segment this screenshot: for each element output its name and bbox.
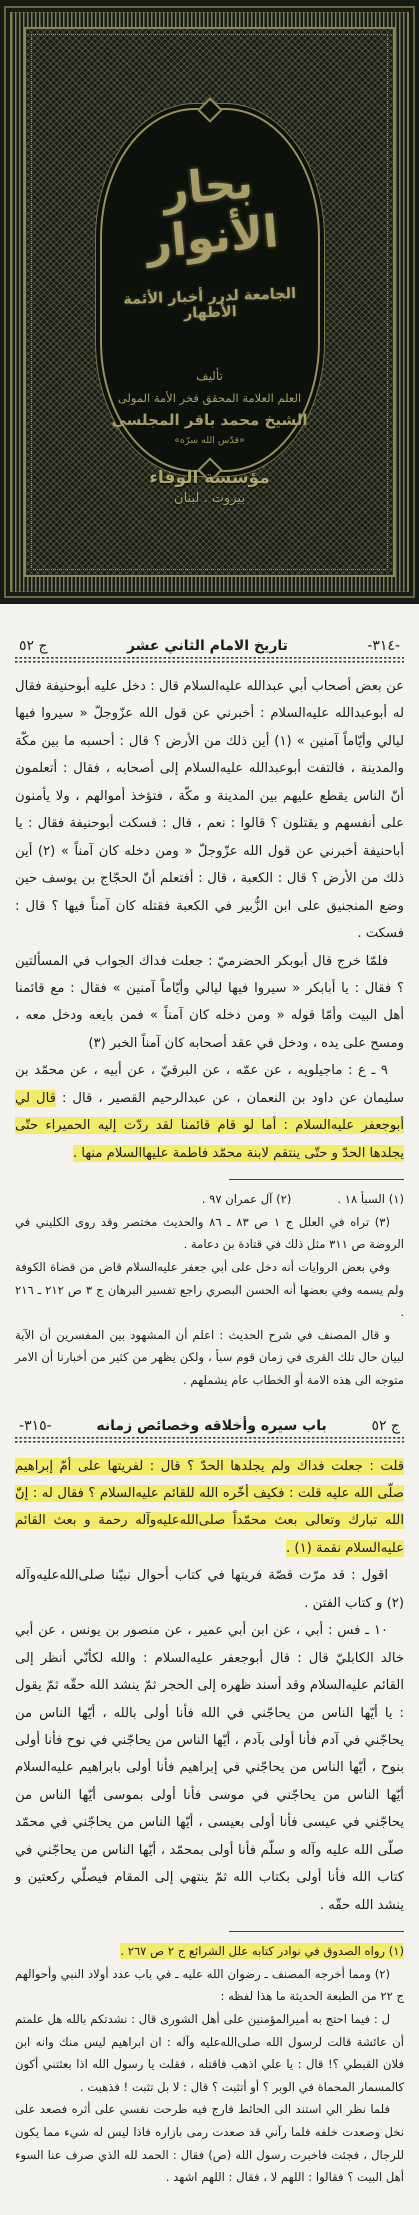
highlighted-text: قلت : جعلت فداك ولم يجلدها الحدّ ؟ قال :… [15, 1458, 404, 1557]
paragraph: اقول : قد مرّت قصّة فريتها في كتاب أحوال… [15, 1562, 404, 1617]
footnote-row: (١) السبأ ١٨ . (٢) آل عمران ٩٧ . [15, 1188, 404, 1211]
paragraph: ١٠ ـ فس : أبي ، عن ابن أبي عمير ، عن منص… [15, 1617, 404, 1919]
footnote: (٢) آل عمران ٩٧ . [202, 1188, 292, 1211]
footnote-text: ل : فيما احتج به أميرالمؤمنين على أهل ال… [15, 2012, 404, 2094]
author-honorific: «قدّس الله سرّه» [102, 435, 318, 446]
paragraph: قلت : جعلت فداك ولم يجلدها الحدّ ؟ قال :… [15, 1453, 404, 1563]
scanned-pages: ج ٥٢ تاريخ الامام الثاني عشر -٣١٤- عن بع… [0, 604, 419, 2215]
header-rule [15, 1437, 404, 1443]
paragraph-text: اقول : قد مرّت قصّة فريتها في كتاب أحوال… [15, 1568, 404, 1610]
volume-label: ج ٥٢ [19, 638, 48, 654]
page-number: -٣١٥- [19, 1418, 52, 1434]
cover-center-panel: بحار الأنوار الجامعة لدرر أخبار الأئمة ا… [100, 108, 320, 472]
footnote: فلما نظر الي استند الى الحائط فارج فيه ط… [15, 2098, 404, 2188]
page-315: -٣١٥- باب سيره وأخلاقه وخصائص زمانه ج ٥٢… [0, 1392, 419, 2215]
footnote: (١) رواه الصدوق في نوادر كتابه علل الشرا… [15, 1940, 404, 1963]
footnote-text: (٣) تراه في العلل ج ١ ص ٨٣ ـ ٨٦ والحديث … [15, 1215, 404, 1252]
publisher-city: بيروت . لبنان [0, 491, 419, 506]
page-number: -٣١٤- [367, 638, 400, 654]
byline-label: تأليف [102, 369, 318, 383]
page-314-body: عن بعض أصحاب أبي عبدالله عليه‌السلام قال… [15, 673, 404, 1167]
footnote-text: فلما نظر الي استند الى الحائط فارج فيه ط… [15, 2102, 404, 2184]
footnote-separator [229, 1931, 404, 1932]
paragraph: ٩ ـ ع : ماجيلويه ، عن عمّه ، عن البرقيّ … [15, 1057, 404, 1167]
paragraph: فلمّا خرج قال أبوبكر الحضرميّ : جعلت فدا… [15, 948, 404, 1058]
footnote-text: (٢) ومما أخرجه المصنف ـ رضوان الله عليه … [15, 1967, 404, 2004]
paragraph-text: عن بعض أصحاب أبي عبدالله عليه‌السلام قال… [15, 679, 404, 941]
page-315-header: -٣١٥- باب سيره وأخلاقه وخصائص زمانه ج ٥٢ [15, 1418, 404, 1436]
page-314-header: ج ٥٢ تاريخ الامام الثاني عشر -٣١٤- [15, 638, 404, 656]
paragraph-text: فلمّا خرج قال أبوبكر الحضرميّ : جعلت فدا… [15, 954, 404, 1051]
paragraph: عن بعض أصحاب أبي عبدالله عليه‌السلام قال… [15, 673, 404, 948]
publisher-name: مؤسسة الوفاء [0, 468, 419, 488]
footnote: وفي بعض الروايات أنه دخل على أبي جعفر عل… [15, 1256, 404, 1324]
book-subtitle: الجامعة لدرر أخبار الأئمة الأطهار [101, 285, 318, 325]
footnote: و قال المصنف في شرح الحديث : اعلم أن الم… [15, 1324, 404, 1392]
author-titles: العلم العلامة المحقق فخر الأمة المولى [102, 391, 318, 405]
page-315-footnotes: (١) رواه الصدوق في نوادر كتابه علل الشرا… [15, 1940, 404, 2189]
publisher-block: مؤسسة الوفاء بيروت . لبنان [0, 468, 419, 506]
volume-label: ج ٥٢ [371, 1418, 400, 1434]
book-title: بحار الأنوار [98, 153, 322, 273]
paragraph-text: ٩ ـ ع : ماجيلويه ، عن عمّه ، عن البرقيّ … [15, 1063, 404, 1105]
chapter-title: تاريخ الامام الثاني عشر [127, 638, 288, 654]
header-rule [15, 657, 404, 663]
paragraph-text: ١٠ ـ فس : أبي ، عن ابن أبي عمير ، عن منص… [15, 1623, 404, 1913]
chapter-title: باب سيره وأخلاقه وخصائص زمانه [96, 1418, 326, 1434]
footnote-text: و قال المصنف في شرح الحديث : اعلم أن الم… [15, 1328, 404, 1387]
footnote: (٣) تراه في العلل ج ١ ص ٨٣ ـ ٨٦ والحديث … [15, 1211, 404, 1256]
book-cover: بحار الأنوار الجامعة لدرر أخبار الأئمة ا… [0, 0, 419, 604]
highlighted-text: (١) رواه الصدوق في نوادر كتابه علل الشرا… [120, 1943, 404, 1959]
footnote-separator [229, 1179, 404, 1180]
page-315-body: قلت : جعلت فداك ولم يجلدها الحدّ ؟ قال :… [15, 1453, 404, 1920]
footnote: (١) السبأ ١٨ . [337, 1188, 404, 1211]
footnote-text: وفي بعض الروايات أنه دخل على أبي جعفر عل… [15, 1260, 404, 1319]
page-314-footnotes: (١) السبأ ١٨ . (٢) آل عمران ٩٧ . (٣) ترا… [15, 1188, 404, 1391]
footnote: (٢) ومما أخرجه المصنف ـ رضوان الله عليه … [15, 1963, 404, 2008]
author-name: الشيخ محمد باقر المجلسي [102, 411, 318, 429]
footnote: ل : فيما احتج به أميرالمؤمنين على أهل ال… [15, 2008, 404, 2098]
page-314: ج ٥٢ تاريخ الامام الثاني عشر -٣١٤- عن بع… [0, 604, 419, 1392]
